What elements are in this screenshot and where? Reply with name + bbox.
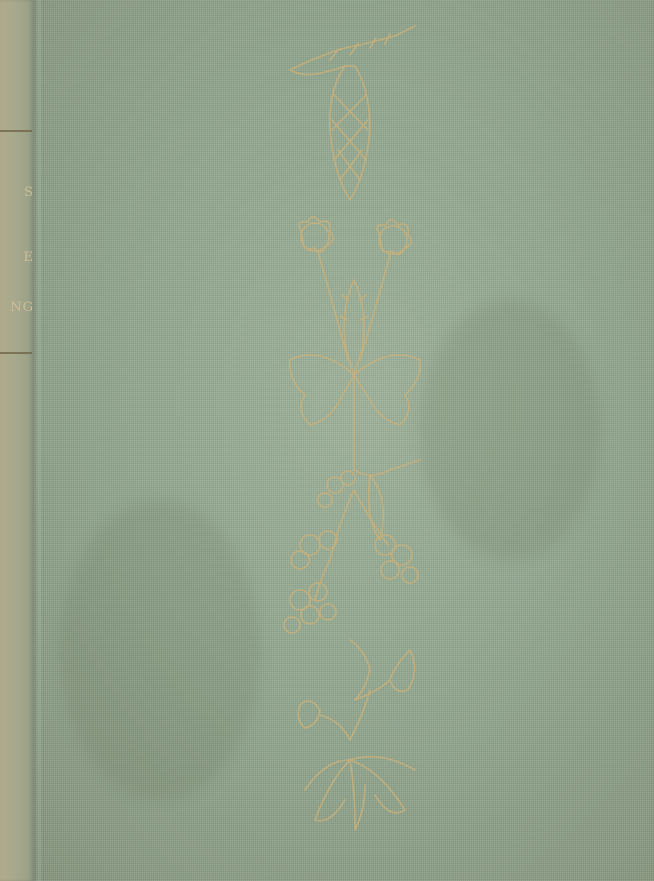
berry-cluster-motif [284, 460, 420, 633]
pine-cone-motif [290, 26, 415, 200]
tulip-rosette-motif [298, 640, 415, 830]
spine-text-2: E [0, 250, 34, 265]
spine-rule-top [0, 130, 32, 132]
book-spine: S E NG [0, 0, 34, 881]
gilt-botanical-ornament [270, 0, 440, 881]
cloth-stain [420, 300, 600, 560]
spine-hinge [34, 0, 44, 881]
cloth-stain [60, 500, 260, 800]
spine-text-3: NG [0, 300, 34, 315]
spine-text-1: S [0, 185, 34, 200]
spine-rule-bottom [0, 352, 32, 354]
daisy-thistle-motif [290, 217, 420, 470]
book-cover: S E NG [0, 0, 654, 881]
